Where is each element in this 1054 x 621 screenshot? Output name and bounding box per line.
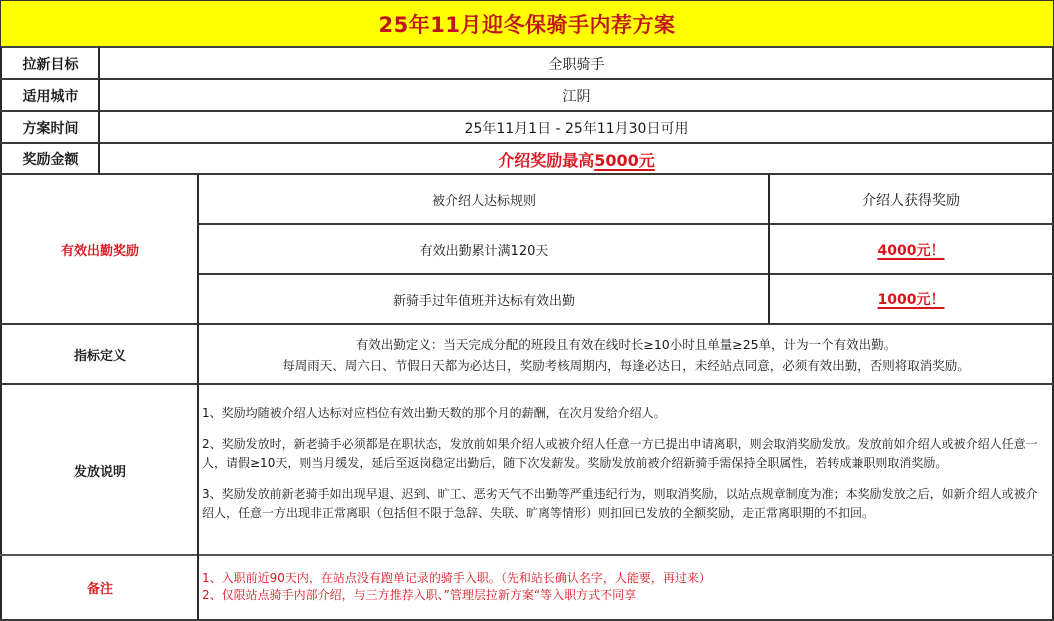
bonus-rule-1: 有效出勤累计满120天: [200, 225, 768, 274]
definition-content: 有效出勤定义：当天完成分配的班段且有效在线时长≥10小时且单量≥25单，计为一个…: [200, 325, 1052, 384]
info-column-divider: [98, 47, 100, 174]
definition-label: 指标定义: [2, 325, 198, 384]
info-label-target: 拉新目标: [2, 48, 99, 79]
definition-line-1: 有效出勤定义：当天完成分配的班段且有效在线时长≥10小时且单量≥25单，计为一个…: [356, 334, 896, 355]
bonus-header-rule: 被介绍人达标规则: [200, 175, 768, 224]
title-bar: 25年11月迎冬保骑手内荐方案: [0, 0, 1054, 48]
bonus-reward-1-cell: 4000元！: [770, 225, 1052, 274]
payout-item-1: 1、奖励均随被介绍人达标对应档位有效出勤天数的那个月的薪酬，在次月发给介绍人。: [202, 404, 1048, 423]
section-column-divider: [197, 174, 199, 620]
page-title: 25年11月迎冬保骑手内荐方案: [379, 9, 676, 39]
definition-line-2: 每周雨天、周六日、节假日天都为必达日，奖励考核周期内，每逢必达日，未经站点同意，…: [282, 355, 970, 376]
remark-item-2: 2、仅限站点骑手内部介绍，与三方推荐入职、”管理层拉新方案“等入职方式不同享: [202, 587, 1048, 604]
payout-item-3: 3、奖励发放前新老骑手如出现早退、迟到、旷工、恶劣天气不出勤等严重违纪行为，则取…: [202, 485, 1048, 523]
info-label-city: 适用城市: [2, 80, 99, 111]
bonus-reward-2: 1000元！: [878, 289, 945, 309]
info-value-city: 江阴: [101, 80, 1052, 111]
bonus-reward-1: 4000元！: [878, 240, 945, 260]
recommendation-plan-sheet: 25年11月迎冬保骑手内荐方案 拉新目标 全职骑手 适用城市 江阴 方案时间 2…: [0, 0, 1054, 621]
bonus-column-divider: [768, 174, 770, 324]
bonus-header-reward: 介绍人获得奖励: [770, 175, 1052, 224]
info-value-target: 全职骑手: [101, 48, 1052, 79]
info-label-amount: 奖励金额: [2, 144, 99, 174]
amount-highlight: 5000元: [594, 148, 655, 171]
payout-label: 发放说明: [2, 385, 198, 555]
remark-item-1: 1、入职前近90天内，在站点没有跑单记录的骑手入职。（先和站长确认名字，人能要，…: [202, 570, 1048, 587]
payout-content: 1、奖励均随被介绍人达标对应档位有效出勤天数的那个月的薪酬，在次月发给介绍人。 …: [202, 404, 1048, 554]
info-label-period: 方案时间: [2, 112, 99, 143]
remarks-label: 备注: [2, 556, 198, 619]
bonus-reward-2-cell: 1000元！: [770, 275, 1052, 323]
bonus-section-label: 有效出勤奖励: [2, 175, 198, 324]
info-value-period: 25年11月1日 - 25年11月30日可用: [101, 112, 1052, 143]
info-value-amount: 介绍奖励最高5000元: [101, 144, 1052, 174]
payout-item-2: 2、奖励发放时，新老骑手必须都是在职状态，发放前如果介绍人或被介绍人任意一方已提…: [202, 435, 1048, 473]
bonus-rule-2: 新骑手过年值班并达标有效出勤: [200, 275, 768, 323]
amount-prefix: 介绍奖励最高: [498, 148, 594, 171]
remarks-content: 1、入职前近90天内，在站点没有跑单记录的骑手入职。（先和站长确认名字，人能要，…: [202, 570, 1048, 615]
